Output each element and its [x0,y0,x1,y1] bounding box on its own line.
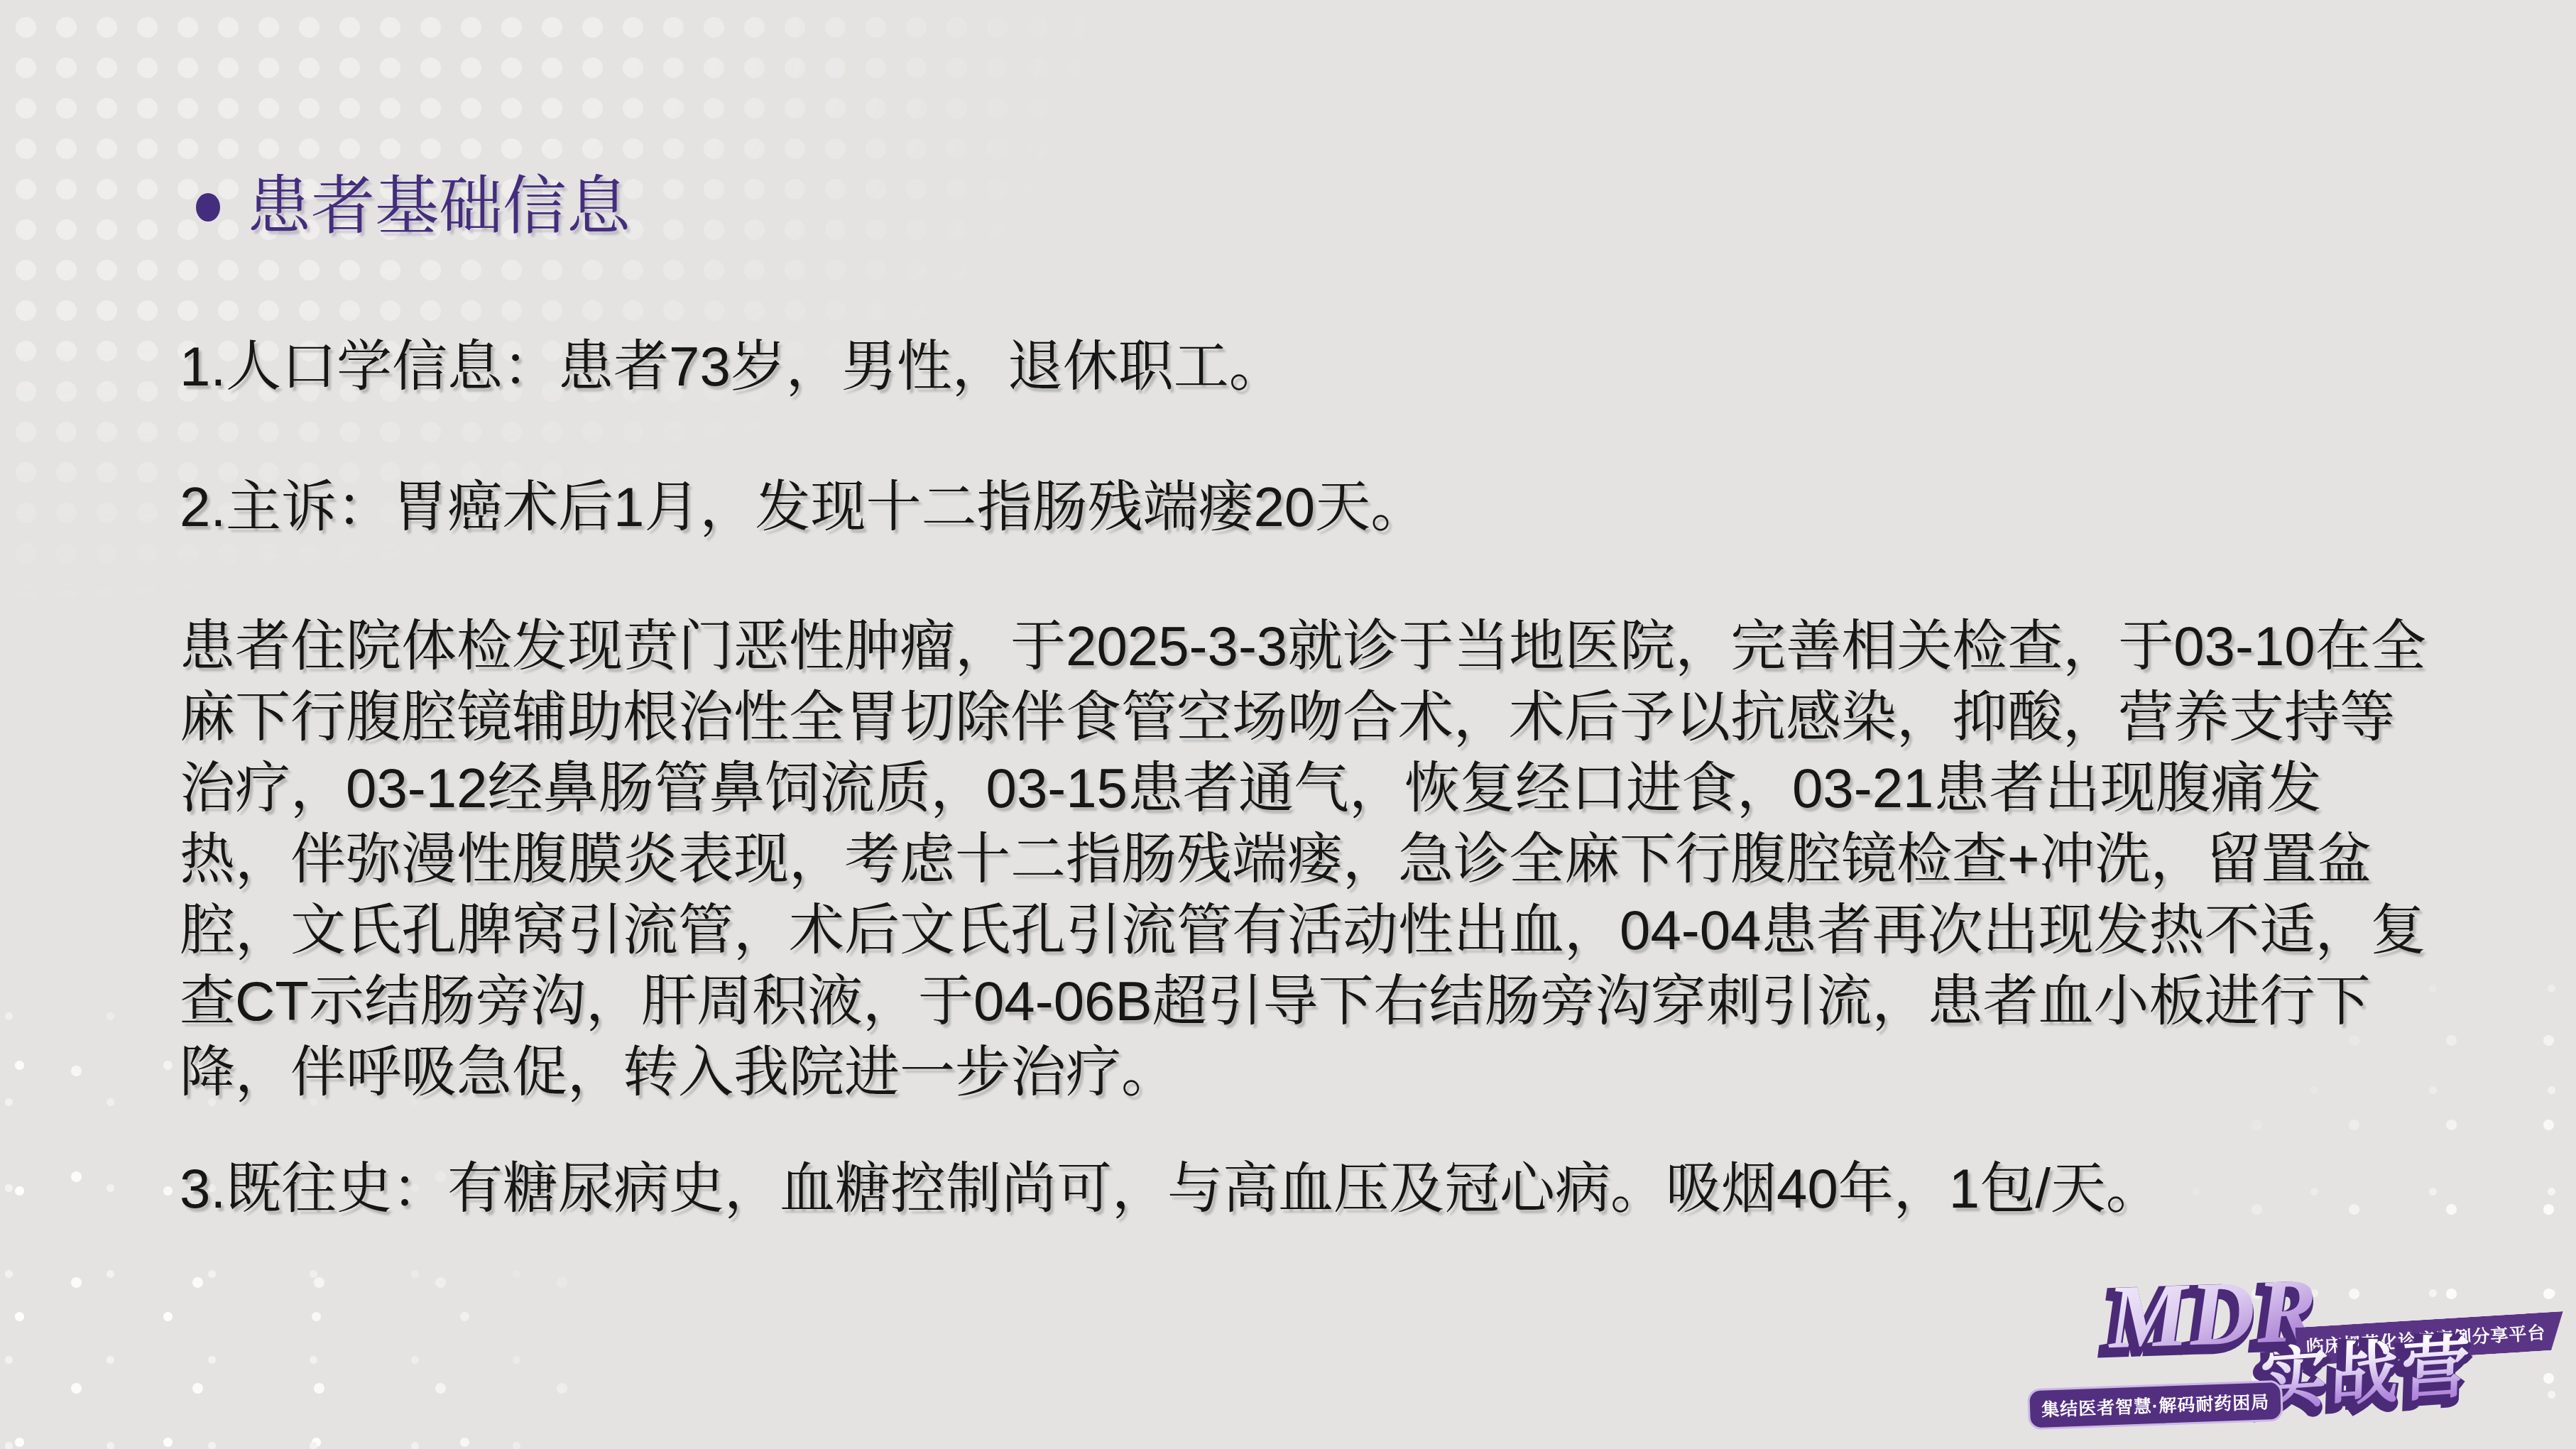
logo-campaign-text: 实战营 [2259,1331,2474,1418]
paragraph-demographics: 1.人口学信息：患者73岁，男性，退休职工。 [180,331,2430,402]
slide-title-row: 患者基础信息 [196,170,631,244]
logo-slogan-banner: 集结医者智慧·解码耐药困局 [2027,1380,2283,1431]
slide-canvas: 患者基础信息 1.人口学信息：患者73岁，男性，退休职工。 2.主诉：胃癌术后1… [0,0,2576,1449]
logo-campaign: 实战营 实战营 [2259,1331,2474,1418]
paragraph-present-illness: 患者住院体检发现贲门恶性肿瘤，于2025-3-3就诊于当地医院，完善相关检查，于… [180,611,2430,1108]
paragraph-past-history: 3.既往史：有糖尿病史，血糖控制尚可，与高血压及冠心病。吸烟40年，1包/天。 [180,1153,2430,1224]
bullet-icon [196,193,220,222]
paragraph-chief-complaint: 2.主诉：胃癌术后1月，发现十二指肠残端瘘20天。 [180,471,2430,542]
page-title: 患者基础信息 [247,170,631,244]
mdr-logo: MDR MDR 临床规范化诊疗案例分享平台 实战营 实战营 集结医者智慧·解码耐… [2024,1278,2576,1449]
